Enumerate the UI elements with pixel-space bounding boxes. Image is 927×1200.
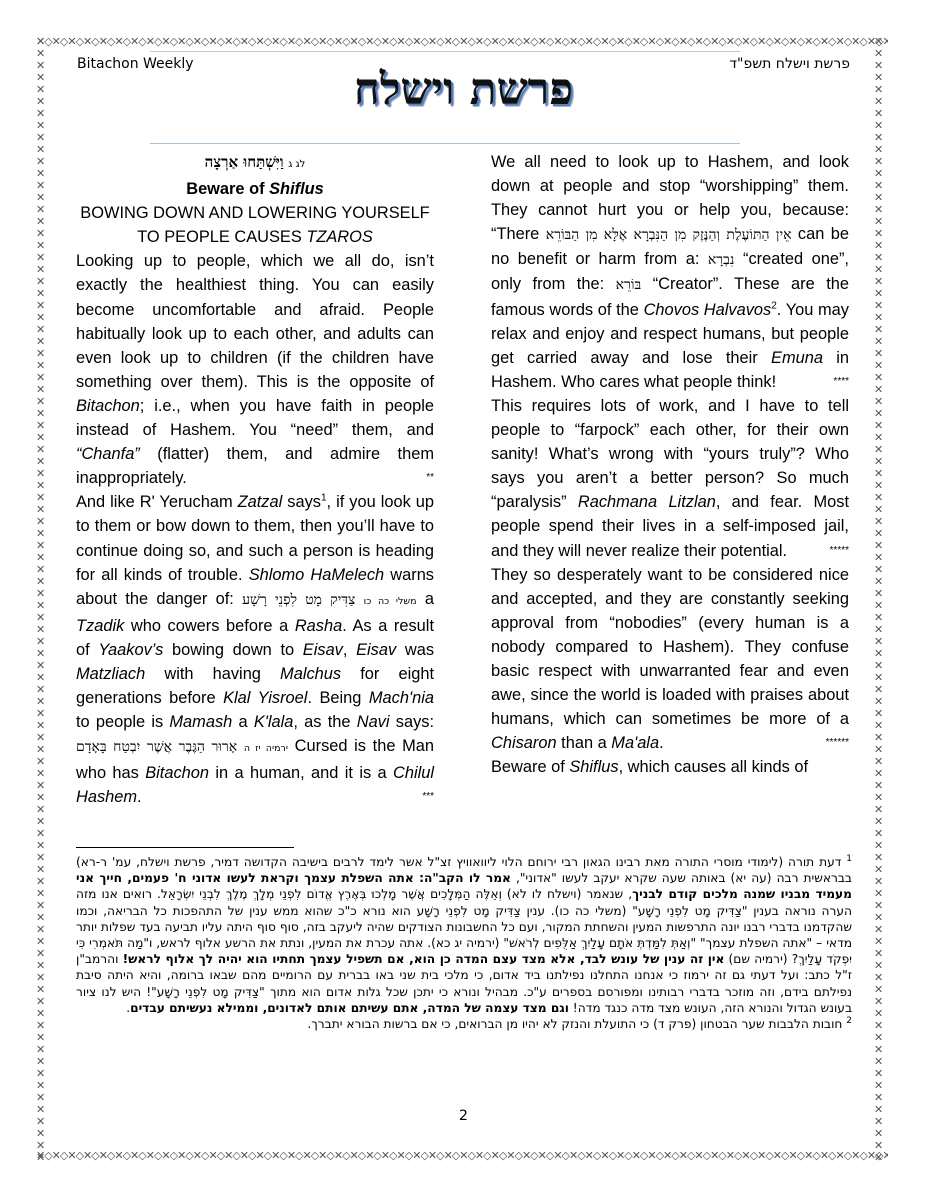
verse-ref: לג ג bbox=[288, 159, 305, 170]
footnote-2: 2 חובות הלבבות שער הבטחון (פרק ד) כי התו… bbox=[76, 1016, 852, 1032]
left-column: וַיִּשְׁתַּחוּ אַרְצָה לג ג Beware of Sh… bbox=[76, 150, 434, 810]
header-top-rule bbox=[150, 51, 740, 52]
border-top: ✕◇✕◇✕◇✕◇✕◇✕◇✕◇✕◇✕◇✕◇✕◇✕◇✕◇✕◇✕◇✕◇✕◇✕◇✕◇✕◇… bbox=[36, 36, 888, 50]
border-bottom: ✕◇✕◇✕◇✕◇✕◇✕◇✕◇✕◇✕◇✕◇✕◇✕◇✕◇✕◇✕◇✕◇✕◇✕◇✕◇✕◇… bbox=[36, 1150, 888, 1164]
footnote-1-mark: 1 bbox=[846, 854, 852, 864]
border-right: ✕✕✕✕✕✕✕✕✕✕✕✕✕✕✕✕✕✕✕✕✕✕✕✕✕✕✕✕✕✕✕✕✕✕✕✕✕✕✕✕… bbox=[874, 36, 888, 1164]
paragraph: And like R' Yerucham Zatzal says1, if yo… bbox=[76, 490, 434, 809]
paragraph: Beware of Shiflus, which causes all kind… bbox=[491, 755, 849, 779]
paragraph: Looking up to people, which we all do, i… bbox=[76, 249, 434, 490]
title-rule bbox=[150, 143, 740, 144]
section-stars: ****** bbox=[826, 731, 849, 755]
paragraph: This requires lots of work, and I have t… bbox=[491, 394, 849, 563]
section-stars: **** bbox=[833, 370, 849, 394]
border-left: ✕✕✕✕✕✕✕✕✕✕✕✕✕✕✕✕✕✕✕✕✕✕✕✕✕✕✕✕✕✕✕✕✕✕✕✕✕✕✕✕… bbox=[36, 36, 50, 1164]
subheading-text: BOWING DOWN AND LOWERING YOURSELF TO PEO… bbox=[80, 204, 429, 246]
section-stars: ***** bbox=[830, 539, 849, 563]
footnotes: 1 דעת תורה (לימודי מוסרי התורה מאת רבינו… bbox=[76, 854, 852, 1032]
footnote-1: 1 דעת תורה (לימודי מוסרי התורה מאת רבינו… bbox=[76, 854, 852, 1016]
page-number: 2 bbox=[0, 1108, 927, 1124]
subheading-italic: TZAROS bbox=[306, 228, 372, 246]
source-verse: וַיִּשְׁתַּחוּ אַרְצָה לג ג bbox=[76, 150, 434, 177]
heading-italic: Shiflus bbox=[269, 180, 324, 198]
section-stars: *** bbox=[422, 785, 434, 809]
page-title: פרשת וישלח bbox=[0, 64, 927, 115]
right-column: We all need to look up to Hashem, and lo… bbox=[491, 150, 849, 779]
paragraph: We all need to look up to Hashem, and lo… bbox=[491, 150, 849, 394]
footnote-2-mark: 2 bbox=[846, 1016, 852, 1026]
verse-hebrew: וַיִּשְׁתַּחוּ אַרְצָה bbox=[205, 153, 284, 171]
heading-text: Beware of bbox=[186, 180, 269, 198]
article-heading: Beware of Shiflus bbox=[76, 177, 434, 201]
article-subheading: BOWING DOWN AND LOWERING YOURSELF TO PEO… bbox=[76, 201, 434, 249]
footnote-separator bbox=[76, 847, 294, 848]
paragraph: They so desperately want to be considere… bbox=[491, 563, 849, 756]
section-stars: ** bbox=[426, 466, 434, 490]
